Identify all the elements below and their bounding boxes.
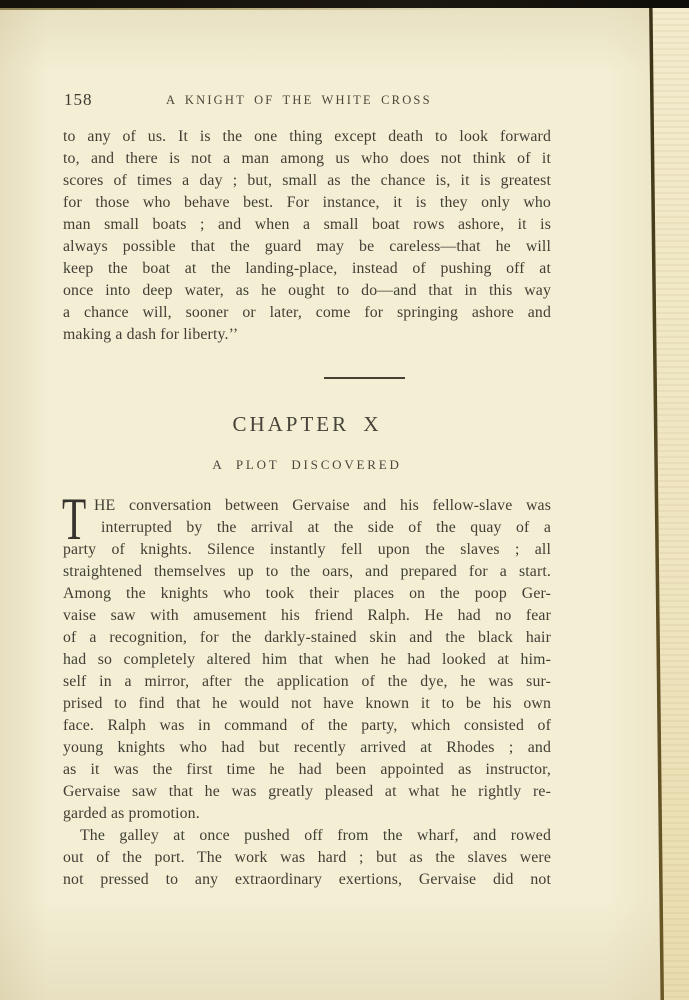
text-line: as it was the first time he had been app… bbox=[63, 759, 551, 781]
text-line: straightened themselves up to the oars, … bbox=[63, 561, 551, 583]
text-line: of a recognition, for the darkly-stained… bbox=[63, 627, 551, 649]
text-line: to, and there is not a man among us who … bbox=[63, 148, 551, 170]
text-line: interrupted by the arrival at the side o… bbox=[63, 517, 551, 539]
chapter-subtitle: A PLOT DISCOVERED bbox=[63, 457, 551, 473]
text-line: once into deep water, as he ought to do—… bbox=[63, 280, 551, 302]
text-line: man small boats ; and when a small boat … bbox=[63, 214, 551, 236]
text-line: face. Ralph was in command of the party,… bbox=[63, 715, 551, 737]
book-page-scan: 158 A KNIGHT OF THE WHITE CROSS to any o… bbox=[0, 0, 689, 1000]
closing-paragraph: The galley at once pushed off from the w… bbox=[63, 825, 551, 891]
text-line: making a dash for liberty.’’ bbox=[63, 324, 551, 346]
text-line: garded as promotion. bbox=[63, 803, 551, 825]
chapter-opening-paragraph: T HE conversation between Gervaise and h… bbox=[63, 495, 551, 825]
section-divider-rule bbox=[324, 377, 405, 379]
text-line: self in a mirror, after the application … bbox=[63, 671, 551, 693]
text-line: young knights who had but recently arriv… bbox=[63, 737, 551, 759]
text-line: HE conversation between Gervaise and his… bbox=[63, 495, 551, 517]
page-number: 158 bbox=[64, 90, 93, 110]
text-line: for those who behave best. For instance,… bbox=[63, 192, 551, 214]
text-line: to any of us. It is the one thing except… bbox=[63, 126, 551, 148]
text-line: had so completely altered him that when … bbox=[63, 649, 551, 671]
text-line: party of knights. Silence instantly fell… bbox=[63, 539, 551, 561]
scan-top-rule bbox=[0, 8, 470, 10]
chapter-heading: CHAPTER X bbox=[63, 412, 551, 437]
text-line: not pressed to any extraordinary exertio… bbox=[63, 869, 551, 891]
text-line: Gervaise saw that he was greatly pleased… bbox=[63, 781, 551, 803]
text-line: prised to find that he would not have kn… bbox=[63, 693, 551, 715]
page-header: 158 A KNIGHT OF THE WHITE CROSS bbox=[63, 90, 551, 110]
running-title: A KNIGHT OF THE WHITE CROSS bbox=[166, 93, 432, 108]
text-line: The galley at once pushed off from the w… bbox=[63, 825, 551, 847]
text-line: keep the boat at the landing-place, inst… bbox=[63, 258, 551, 280]
text-line: scores of times a day ; but, small as th… bbox=[63, 170, 551, 192]
text-line: vaise saw with amusement his friend Ralp… bbox=[63, 605, 551, 627]
text-line: Among the knights who took their places … bbox=[63, 583, 551, 605]
text-line: a chance will, sooner or later, come for… bbox=[63, 302, 551, 324]
drop-cap-initial: T bbox=[62, 496, 86, 542]
text-line: out of the port. The work was hard ; but… bbox=[63, 847, 551, 869]
scan-top-band bbox=[0, 0, 689, 8]
paragraph-continued: to any of us. It is the one thing except… bbox=[63, 126, 551, 346]
text-line: always possible that the guard may be ca… bbox=[63, 236, 551, 258]
